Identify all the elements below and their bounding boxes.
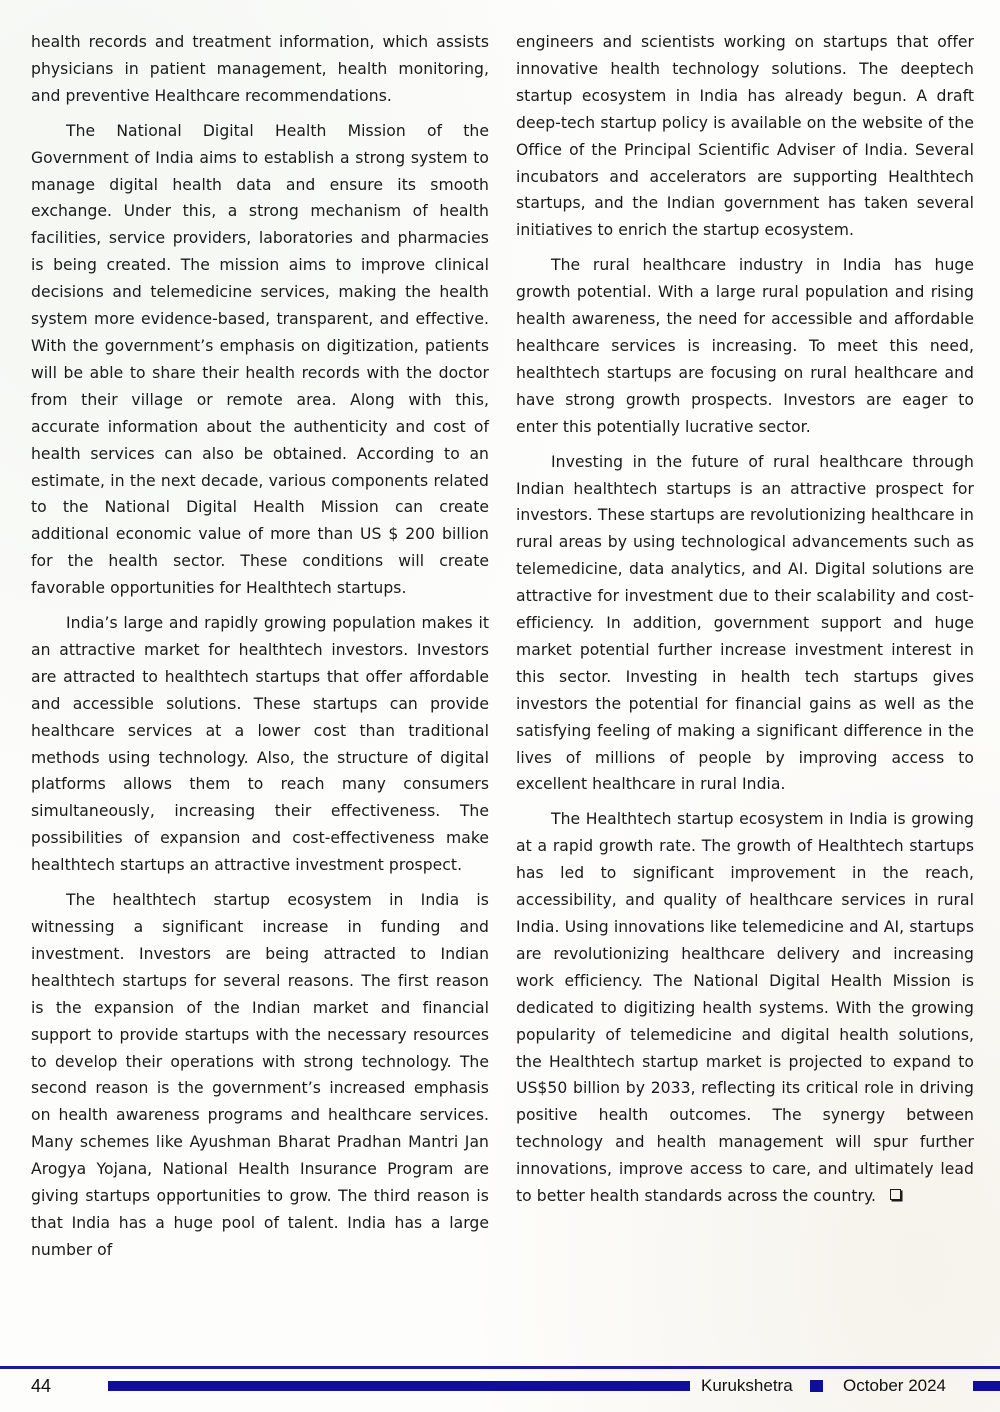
last-paragraph: The Healthtech startup ecosystem in Indi… (516, 806, 974, 1210)
footer-square-separator-icon (810, 1380, 823, 1392)
issue-date: October 2024 (843, 1372, 946, 1400)
right-column: engineers and scientists working on star… (516, 29, 974, 1272)
paragraph: engineers and scientists working on star… (516, 29, 974, 244)
paragraph: The National Digital Health Mission of t… (31, 118, 489, 602)
paragraph: India’s large and rapidly growing popula… (31, 610, 489, 879)
footer-rule (0, 1366, 1000, 1369)
footer-row: 44 Kurukshetra October 2024 (0, 1372, 1000, 1400)
footer-decorative-bar (108, 1381, 690, 1391)
paragraph: health records and treatment information… (31, 29, 489, 110)
page-number: 44 (31, 1372, 51, 1400)
paragraph: Investing in the future of rural healthc… (516, 449, 974, 799)
paragraph: The rural healthcare industry in India h… (516, 252, 974, 440)
publication-name: Kurukshetra (701, 1372, 793, 1400)
paragraph-text: The Healthtech startup ecosystem in Indi… (516, 810, 974, 1205)
footer-end-bar (973, 1381, 1000, 1391)
page-footer: 44 Kurukshetra October 2024 (0, 1360, 1000, 1410)
article-body: health records and treatment information… (31, 29, 974, 1272)
left-column: health records and treatment information… (31, 29, 489, 1272)
paragraph: The healthtech startup ecosystem in Indi… (31, 887, 489, 1264)
end-of-article-square-icon (890, 1189, 901, 1200)
